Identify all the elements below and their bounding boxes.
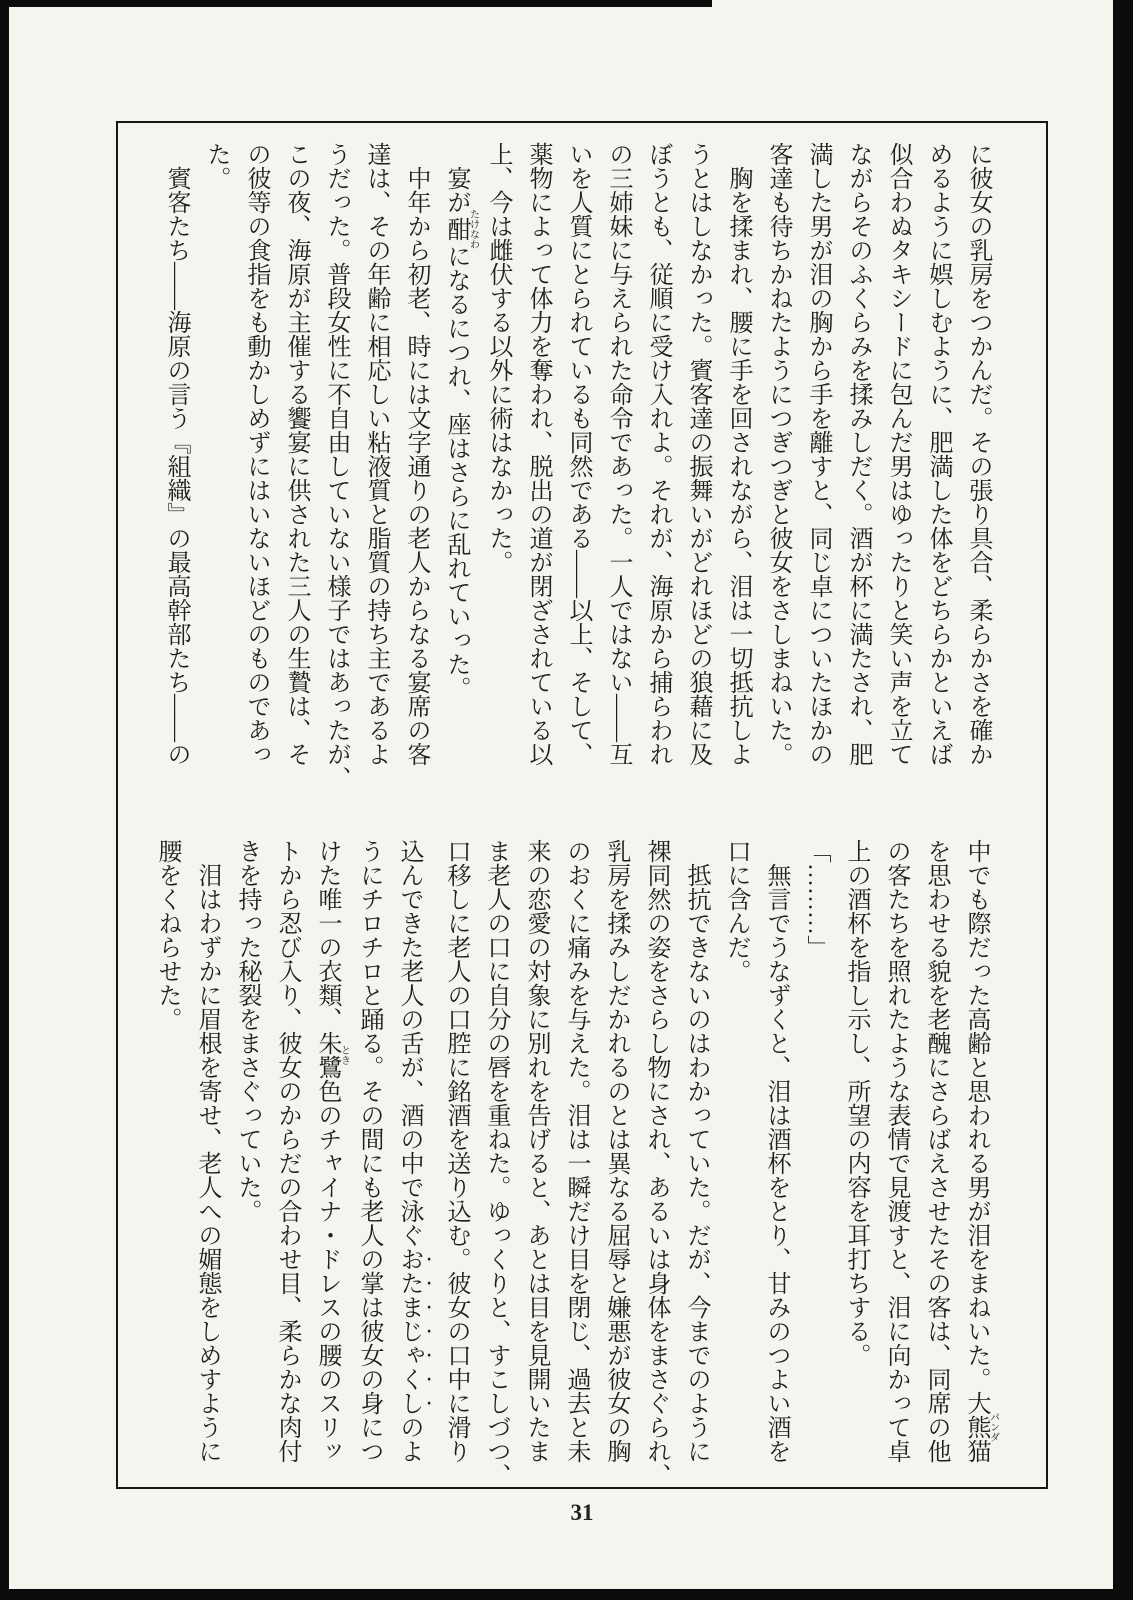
text-column: 乳房を揉みしだかれるのとは異なる屈辱と嫌悪が彼女の胸 [596,839,636,1501]
text-column: のおくに痛みを与えた。泪は一瞬だけ目を閉じ、過去と未 [556,839,596,1501]
text-column: 宴が酣たけなわになるにつれ、座はさらに乱れていった。 [436,142,478,804]
text-column: ま老人の口に自分の唇を重ねた。ゆっくりと、すこしづつ、 [476,839,516,1501]
text-column: めるように娯しむように、肥満した体をどちらかといえば [918,142,958,804]
text-column: ぼうとも、従順に受け入れよ。それが、海原から捕らわれ [638,142,678,804]
ruby-annotated-word: 大熊猫パンダ [963,1391,989,1463]
scan-edge-right [1113,0,1133,1600]
scan-edge-top [0,0,712,7]
text-column: に彼女の乳房をつかんだ。その張り具合、柔らかさを確か [958,142,998,804]
text-column: ながらそのふくらみを揉みしだく。酒が杯に満たされ、肥 [838,142,878,804]
text-column: この夜、海原が主催する饗宴に供された三人の生贄は、そ [276,142,316,804]
text-column: 来の恋愛の対象に別れを告げると、あとは目を見開いたま [516,839,556,1501]
emphasized-text: おたまじゃくし [396,1247,422,1415]
text-column: の三姉妹に与えられた命令であった。一人ではない――互 [598,142,638,804]
text-column: 中年から初老、時には文字通りの老人からなる宴席の客 [396,142,436,804]
text-column: きを持った秘裂をまさぐっていた。 [227,839,267,1501]
text-frame: に彼女の乳房をつかんだ。その張り具合、柔らかさを確かめるように娯しむように、肥満… [116,121,1048,1489]
text-column: 達は、その年齢に相応しい粘液質と脂質の持ち主であるよ [356,142,396,804]
page-number: 31 [116,1500,1048,1526]
text-column: 抵抗できないのはわかっていた。だが、今までのように [676,839,716,1501]
text-column: 賓客たち――海原の言う『組織』の最高幹部たち――の [156,142,196,804]
text-column: 裸同然の姿をさらし物にされ、あるいは身体をまさぐられ、 [636,839,676,1501]
text-column: けた唯一の衣類、朱鷺とき色のチャイナ・ドレスの腰のスリッ [307,839,349,1501]
text-section-top: に彼女の乳房をつかんだ。その張り具合、柔らかさを確かめるように娯しむように、肥満… [156,142,998,804]
text-column: 腰をくねらせた。 [147,839,187,1501]
text-column: 込んできた老人の舌が、酒の中で泳ぐおたまじゃくしのよ [389,839,436,1501]
text-column: 満した男が泪の胸から手を離すと、同じ卓についたほかの [798,142,838,804]
text-column: 薬物によって体力を奪われ、脱出の道が閉ざされている以 [518,142,558,804]
text-section-bottom: 中でも際だった高齢と思われる男が泪をまねいた。大熊猫パンダを思わせる貌を老醜にさ… [147,839,998,1501]
text-column: 無言でうなずくと、泪は酒杯をとり、甘みのつよい酒を [756,839,796,1501]
scan-edge-bottom [0,1589,1133,1600]
text-column: いを人質にとられているも同然である――以上、そして、 [558,142,598,804]
text-column: うとはしなかった。賓客達の振舞いがどれほどの狼藉に及 [678,142,718,804]
text-column: 上、今は雌伏する以外に術はなかった。 [478,142,518,804]
text-column: 口に含んだ。 [716,839,756,1501]
text-column: 「………」 [796,839,836,1501]
text-column: 客達も待ちかねたようにつぎつぎと彼女をさしまねいた。 [758,142,798,804]
ruby-annotated-word: 酣たけなわ [443,214,469,244]
text-column: うにチロチロと踊る。その間にも老人の掌は彼女の身につ [349,839,389,1501]
text-column: の彼等の食指をも動かしめずにはいないほどのものであっ [236,142,276,804]
text-column: 泪はわずかに眉根を寄せ、老人への媚態をしめすように [187,839,227,1501]
text-column: 似合わぬタキシードに包んだ男はゆったりと笑い声を立て [878,142,918,804]
ruby-annotated-word: 朱鷺とき [314,1031,340,1079]
scan-edge-left [0,0,9,1600]
text-column: 胸を揉まれ、腰に手を回されながら、泪は一切抵抗しよ [718,142,758,804]
text-column: を思わせる貌を老醜にさらばえさせたその客は、同席の他 [916,839,956,1501]
text-column: た。 [196,142,236,804]
scanned-book-page: { "page": { "number": "31" }, "colors": … [0,0,1133,1600]
text-column: 上の酒杯を指し示し、所望の内容を耳打ちする。 [836,839,876,1501]
text-column: 口移しに老人の口腔に銘酒を送り込む。彼女の口中に滑り [436,839,476,1501]
text-column: の客たちを照れたような表情で見渡すと、泪に向かって卓 [876,839,916,1501]
text-column: トから忍び入り、彼女のからだの合わせ目、柔らかな肉付 [267,839,307,1501]
text-column: うだった。普段女性に不自由していない様子ではあったが、 [316,142,356,804]
text-column: 中でも際だった高齢と思われる男が泪をまねいた。大熊猫パンダ [956,839,998,1501]
